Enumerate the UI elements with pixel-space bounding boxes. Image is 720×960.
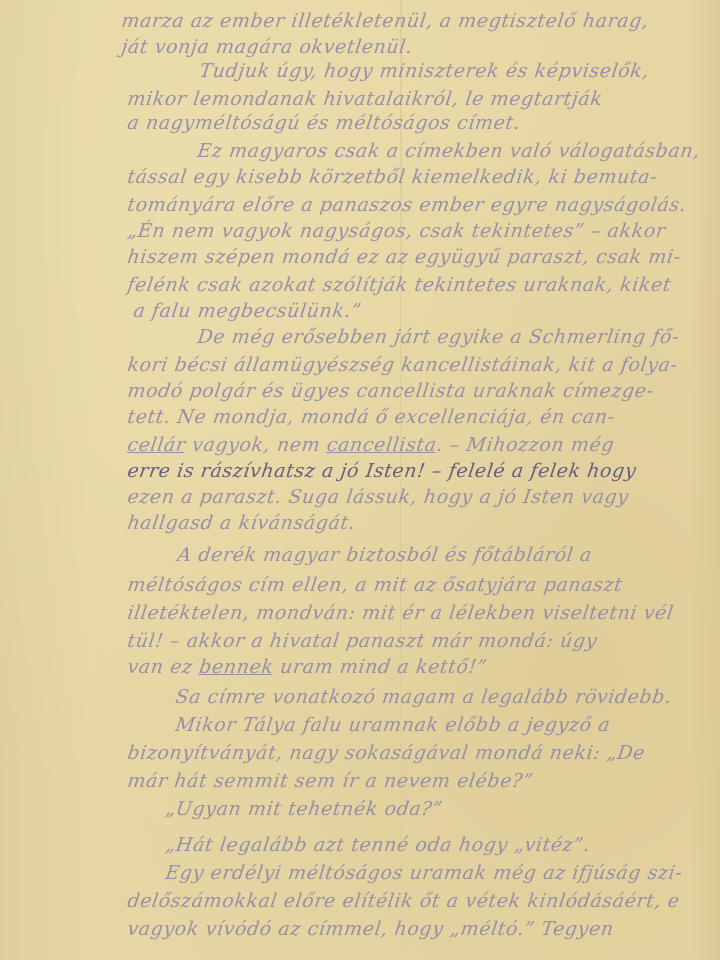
handwritten-line: kori bécsi államügyészség kancellistáina… <box>126 354 679 376</box>
handwritten-line: Egy erdélyi méltóságos uramak még az ifj… <box>164 862 684 884</box>
handwritten-line: Sa címre vonatkozó magam a legalább rövi… <box>174 686 673 708</box>
handwritten-line: „Ugyan mit tehetnék oda?” <box>164 798 444 820</box>
handwritten-line: hiszem szépen mondá ez az együgyű parasz… <box>126 246 682 268</box>
handwritten-line: „Hát legalább azt tenné oda hogy „vitéz”… <box>164 834 592 856</box>
handwritten-line: tással egy kisebb körzetből kiemelkedik,… <box>126 166 659 188</box>
handwritten-line: tül! – akkor a hivatal panaszt már mondá… <box>126 630 599 652</box>
handwritten-line: vagyok vívódó az címmel, hogy „méltó.” T… <box>126 918 615 940</box>
handwritten-line: mikor lemondanak hivatalaikról, le megta… <box>126 88 604 110</box>
handwritten-line: A derék magyar biztosból és főtábláról a <box>176 544 594 566</box>
handwritten-line: bizonyítványát, nagy sokaságával mondá n… <box>126 742 647 764</box>
handwritten-line: „Én nem vagyok nagyságos, csak tekintete… <box>126 220 667 242</box>
handwritten-line: méltóságos cím ellen, a mit az ősatyjára… <box>126 574 624 596</box>
handwritten-line: ezen a paraszt. Suga lássuk, hogy a jó I… <box>126 486 630 508</box>
handwritten-line: Ez magyaros csak a címekben való válogat… <box>196 140 701 162</box>
handwritten-line: erre is rászívhatsz a jó Isten! – felelé… <box>126 460 638 482</box>
handwritten-line: van ez bennek uram mind a kettő!” <box>126 656 489 678</box>
handwritten-line: illetéktelen, mondván: mit ér a lélekben… <box>126 602 675 624</box>
handwritten-line: hallgasd a kívánságát. <box>126 512 357 534</box>
handwritten-line: delőszámokkal előre elítélik őt a vétek … <box>126 890 681 912</box>
handwritten-line: tett. Ne mondja, mondá ő excellenciája, … <box>126 406 616 428</box>
handwritten-line: cellár vagyok, nem cancellista. – Mihozz… <box>126 434 616 456</box>
handwritten-line: De még erősebben járt egyike a Schmerlin… <box>196 326 681 348</box>
manuscript-page: marza az ember illetékletenül, a megtisz… <box>0 0 720 960</box>
handwritten-line: tományára előre a panaszos ember egyre n… <box>126 194 688 216</box>
handwritten-line: a nagyméltóságú és méltóságos címet. <box>126 112 522 134</box>
handwritten-line: ját vonja magára okvetlenül. <box>120 36 414 58</box>
handwritten-line: felénk csak azokat szólítják tekintetes … <box>126 274 673 296</box>
handwritten-line: Mikor Tálya falu uramnak előbb a jegyző … <box>174 714 612 736</box>
handwritten-line: már hát semmit sem ír a nevem elébe?” <box>126 770 535 792</box>
handwritten-line: modó polgár és ügyes cancellista uraknak… <box>126 380 655 402</box>
handwritten-line: marza az ember illetékletenül, a megtisz… <box>120 10 650 32</box>
handwritten-line: a falu megbecsülünk.” <box>132 300 363 322</box>
handwritten-line: Tudjuk úgy, hogy miniszterek és képvisel… <box>198 60 651 82</box>
